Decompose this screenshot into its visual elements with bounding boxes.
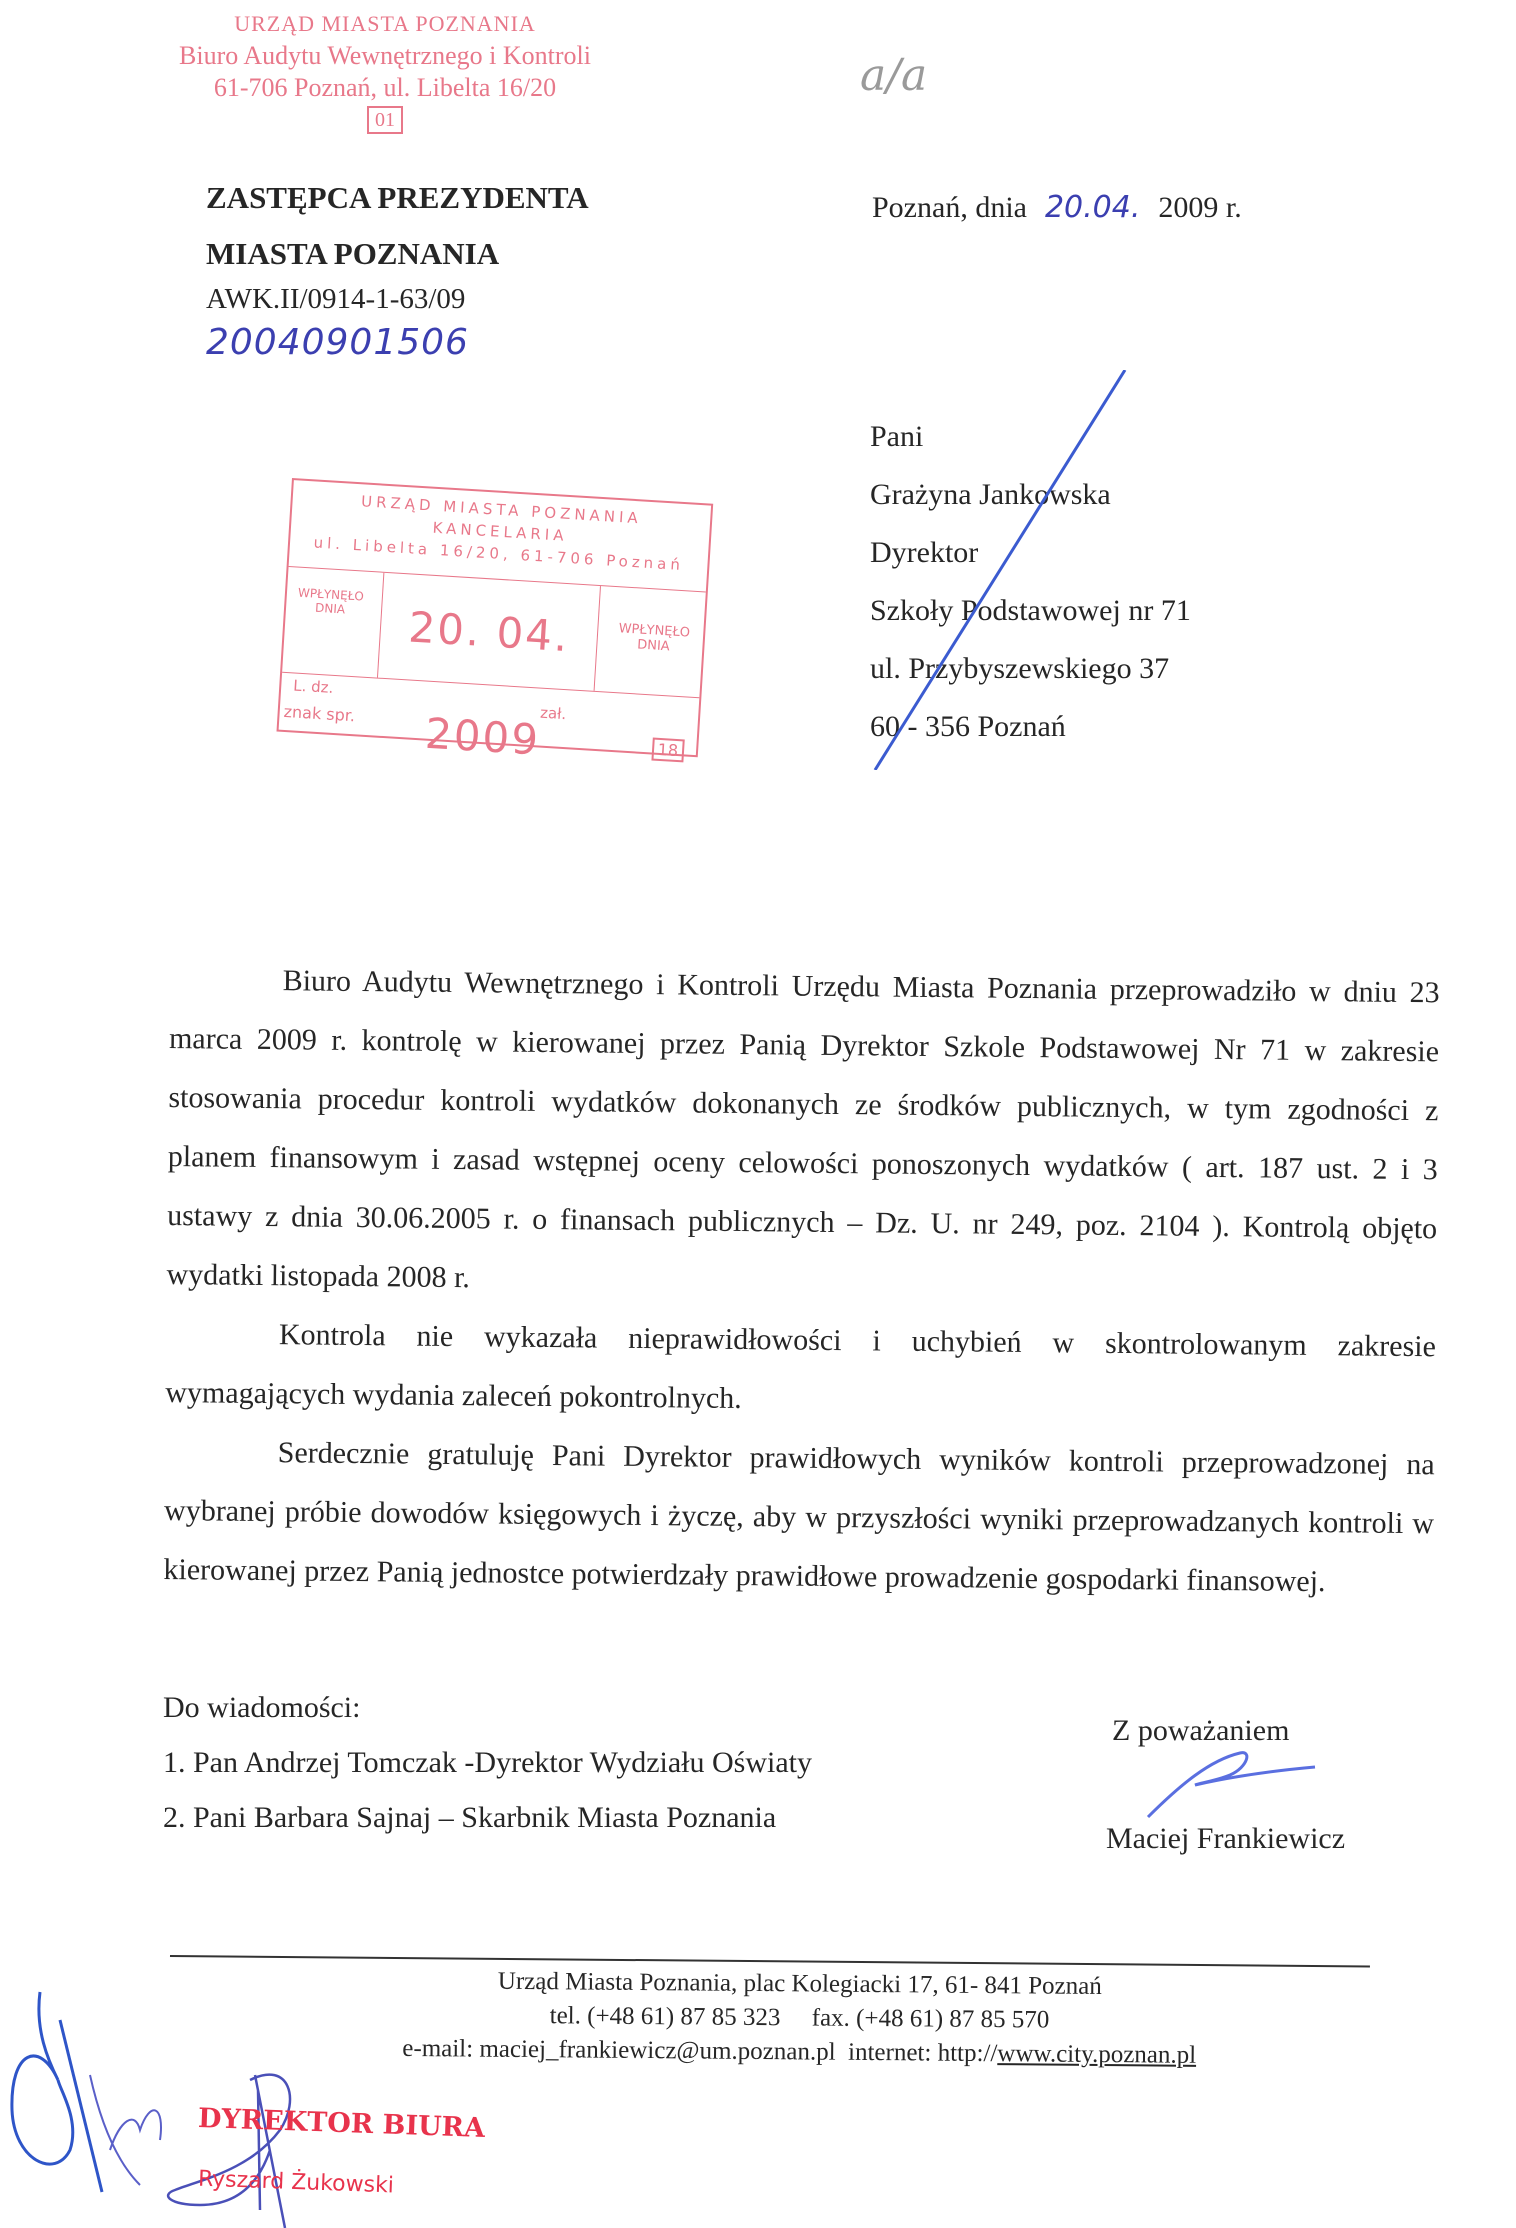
cc-item: 1. Pan Andrzej Tomczak -Dyrektor Wydział… [163,1735,812,1790]
signer-name: Maciej Frankiewicz [1106,1822,1345,1856]
footer-email: e-mail: maciej_frankiewicz@um.poznan.pl [402,2035,835,2066]
handwritten-initials: a/a [860,50,927,101]
date-handwritten: 20.04. [1045,190,1140,225]
stamp-line-1: URZĄD MIASTA POZNANIA [150,8,620,40]
recipient-line: Pani [870,408,1191,466]
recipient-line: Szkoły Podstawowej nr 71 [870,582,1191,640]
footer-tel: tel. (+48 61) 87 85 323 [550,2002,781,2031]
received-label-left: WPŁYNĘŁO DNIA [290,585,372,618]
handwritten-registry-number: 20040901506 [206,322,469,363]
registry-stamp: URZĄD MIASTA POZNANIA KANCELARIA ul. Lib… [276,478,713,757]
znak-spr-label: znak spr. [283,702,355,725]
received-date: 20. 04. 2009 [377,573,601,691]
cc-heading: Do wiadomości: [163,1680,812,1735]
reference-number: AWK.II/0914-1-63/09 [206,283,465,316]
body-paragraph: Serdecznie gratuluję Pani Dyrektor prawi… [163,1422,1435,1612]
header-stamp: URZĄD MIASTA POZNANIA Biuro Audytu Wewnę… [150,8,620,138]
date-prefix: Poznań, dnia [872,191,1027,224]
cc-item: 2. Pani Barbara Sajnaj – Skarbnik Miasta… [163,1790,812,1845]
stamp-line-2: Biuro Audytu Wewnętrznego i Kontroli [150,40,620,72]
footer-website-link[interactable]: www.city.poznan.pl [997,2040,1196,2069]
closing-salutation: Z poważaniem [1112,1714,1289,1748]
registry-stamp-number: 18 [651,737,685,762]
cc-block: Do wiadomości: 1. Pan Andrzej Tomczak -D… [163,1680,812,1845]
recipient-block: Pani Grażyna Jankowska Dyrektor Szkoły P… [870,408,1191,756]
footer-fax: fax. (+48 61) 87 85 570 [812,2004,1050,2033]
office-title-line-1: ZASTĘPCA PREZYDENTA [206,170,589,226]
office-title-line-2: MIASTA POZNANIA [206,226,589,282]
body-paragraph: Kontrola nie wykazała nieprawidłowości i… [165,1304,1436,1435]
recipient-line: Grażyna Jankowska [870,466,1191,524]
body-paragraph: Biuro Audytu Wewnętrznego i Kontroli Urz… [166,950,1440,1317]
recipient-line: ul. Przybyszewskiego 37 [870,640,1191,698]
recipient-line: Dyrektor [870,524,1191,582]
date-suffix: 2009 r. [1158,191,1241,224]
signature-icon [1140,1745,1320,1825]
recipient-line: 60 - 356 Poznań [870,698,1191,756]
letter-body: Biuro Audytu Wewnętrznego i Kontroli Urz… [163,950,1440,1612]
footer-internet-label: internet: http:// [848,2039,998,2067]
received-label-right: WPŁYNĘŁO DNIA [608,621,700,656]
stamp-line-3: 61-706 Poznań, ul. Libelta 16/20 [150,72,620,104]
stamp-box-number: 01 [367,106,403,134]
office-title: ZASTĘPCA PREZYDENTA MIASTA POZNANIA [206,170,589,282]
l-dz-label: L. dz. [293,676,334,696]
zal-label: zał. [540,704,567,724]
date-line: Poznań, dnia20.04.2009 r. [872,190,1242,225]
